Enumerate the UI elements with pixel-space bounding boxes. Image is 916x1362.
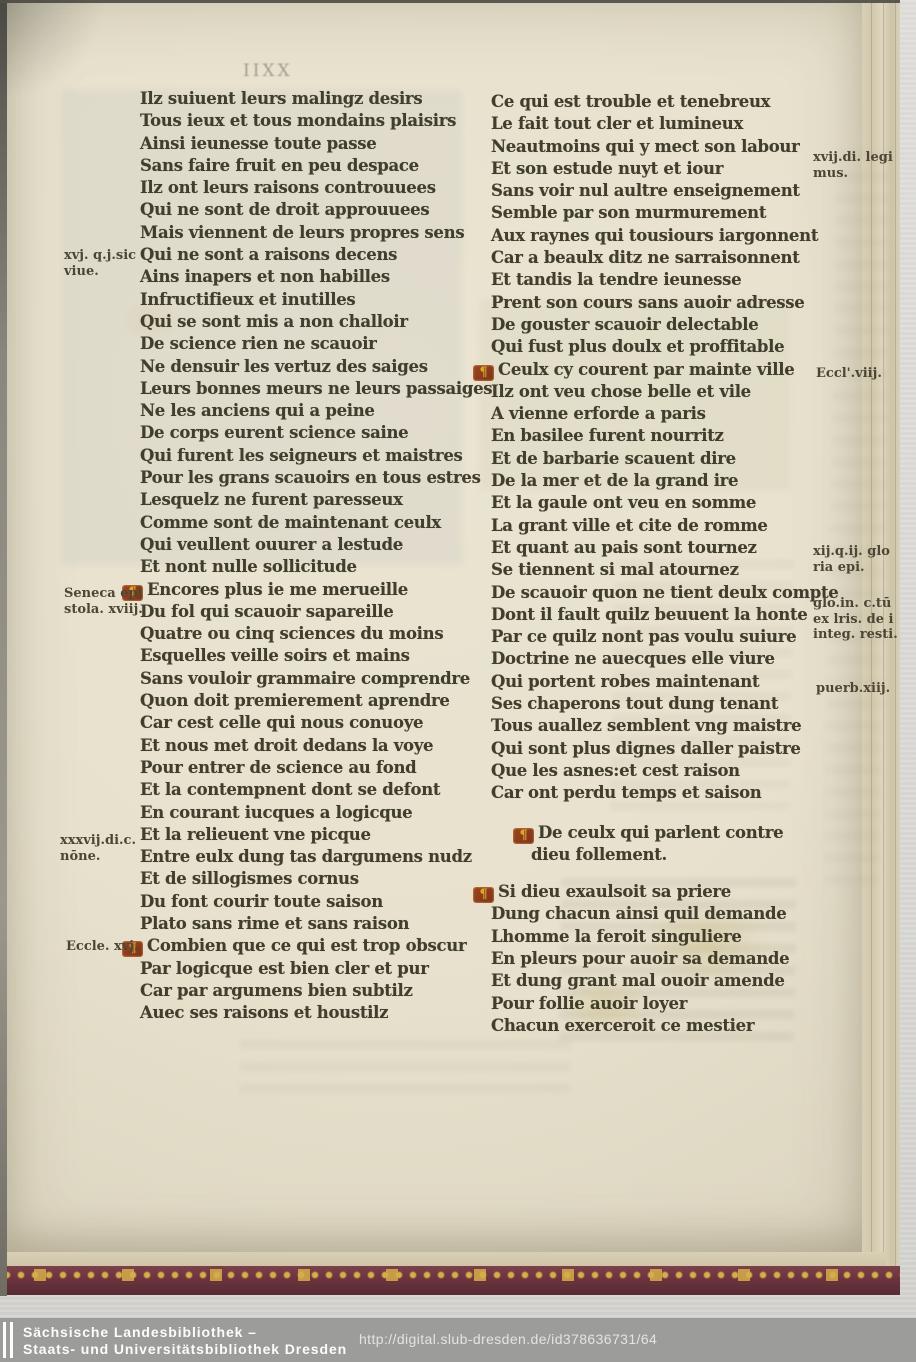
margin-note-line: xij.q.ij. glo — [813, 544, 890, 560]
margin-note-line: xxxvij.di.c. — [60, 833, 136, 849]
verse-line: Et la relieuent vne picque — [140, 824, 480, 846]
verse-text: Doctrine ne auecques elle viure — [491, 649, 775, 668]
paragraph-mark-icon: ¶ — [473, 365, 494, 381]
verse-column-right: Ce qui est trouble et tenebreuxLe fait t… — [491, 91, 831, 1037]
verse-line: Et son estude nuyt et iour — [491, 158, 831, 180]
margin-note-right: glo.in. c.tūex lris. de iinteg. resti. — [813, 596, 898, 643]
library-name-line1: Sächsische Landesbibliothek – — [23, 1324, 347, 1341]
verse-line: Ce qui est trouble et tenebreux — [491, 91, 831, 113]
verse-text: Leurs bonnes meurs ne leurs passaiges — [140, 379, 492, 398]
margin-note-left: Seneca epistola. xviij. — [64, 586, 143, 617]
margin-note-line: nōne. — [60, 849, 136, 865]
verse-text: Ilz ont leurs raisons controuuees — [140, 178, 436, 197]
verse-line: A vienne erforde a paris — [491, 403, 831, 425]
verse-line: Mais viennent de leurs propres sens — [140, 222, 480, 244]
verse-text: Pour follie auoir loyer — [491, 994, 687, 1013]
verse-text: Quatre ou cinq sciences du moins — [140, 624, 443, 643]
verse-text: En basilee furent nourritz — [491, 426, 724, 445]
verse-text: Comme sont de maintenant ceulx — [140, 513, 441, 532]
verse-text: Car par argumens bien subtilz — [140, 981, 413, 1000]
verse-line: De scauoir quon ne tient deulx compte — [491, 582, 831, 604]
verse-text: Neautmoins qui y mect son labour — [491, 137, 800, 156]
verse-line: Neautmoins qui y mect son labour — [491, 136, 831, 158]
verse-line: De la mer et de la grand ire — [491, 470, 831, 492]
margin-note-line: ex lris. de i — [813, 612, 898, 628]
verse-text: Et de barbarie scauent dire — [491, 449, 736, 468]
scan-left-edge — [0, 0, 7, 1296]
verse-line: Pour entrer de science au fond — [140, 757, 480, 779]
verse-text: Plato sans rime et sans raison — [140, 914, 409, 933]
verse-line: Ne les anciens qui a peine — [140, 400, 480, 422]
digitized-book-scan: IIXX Ilz suiuent leurs malingz desirsTou… — [0, 0, 916, 1362]
margin-note-right: puerb.xiij. — [816, 681, 890, 697]
verse-text: Pour entrer de science au fond — [140, 758, 416, 777]
verse-line: Et nous met droit dedans la voye — [140, 735, 480, 757]
verse-line: Lesquelz ne furent paresseux — [140, 489, 480, 511]
verse-line: ¶Encores plus ie me merueille — [140, 579, 480, 601]
verse-text: Qui sont plus dignes daller paistre — [491, 739, 801, 758]
verse-line: Ainsi ieunesse toute passe — [140, 133, 480, 155]
verse-line: Ne densuir les vertuz des saiges — [140, 356, 480, 378]
bleedthrough-text-ghost — [239, 1040, 570, 1098]
page-bottom-edge — [7, 1252, 886, 1266]
verse-line: De gouster scauoir delectable — [491, 314, 831, 336]
margin-note-right: xvij.di. legimus. — [813, 150, 893, 181]
margin-note-line: Eccl'.viij. — [816, 366, 882, 382]
verse-text: Qui veullent ouurer a lestude — [140, 535, 403, 554]
verse-line: Dung chacun ainsi quil demande — [491, 903, 831, 925]
verse-text: Tous ieux et tous mondains plaisirs — [140, 111, 456, 130]
verse-line: Et la contempnent dont se defont — [140, 779, 480, 801]
verse-line: Ilz ont veu chose belle et vile — [491, 381, 831, 403]
verse-line: Ains inapers et non habilles — [140, 266, 480, 288]
paragraph-mark-icon: ¶ — [473, 887, 494, 903]
verse-line: dieu follement. — [531, 844, 831, 866]
verse-line: Par logicque est bien cler et pur — [140, 958, 480, 980]
verse-line: En basilee furent nourritz — [491, 425, 831, 447]
verse-line: Comme sont de maintenant ceulx — [140, 512, 480, 534]
verse-text: Sans vouloir grammaire comprendre — [140, 669, 470, 688]
verse-line: Se tiennent si mal atournez — [491, 559, 831, 581]
margin-note-line: puerb.xiij. — [816, 681, 890, 697]
verse-line: Et quant au pais sont tournez — [491, 537, 831, 559]
margin-note-right: Eccl'.viij. — [816, 366, 882, 382]
verse-text: Dung chacun ainsi quil demande — [491, 904, 786, 923]
verse-text: Et la gaule ont veu en somme — [491, 493, 756, 512]
verse-text: Et de sillogismes cornus — [140, 869, 359, 888]
verse-text: Ceulx cy courent par mainte ville — [498, 360, 794, 379]
verse-line: Prent son cours sans auoir adresse — [491, 292, 831, 314]
verse-text: Et la relieuent vne picque — [140, 825, 371, 844]
margin-note-line: Eccle. xvj. — [66, 939, 139, 955]
verse-line: Qui ne sont a raisons decens — [140, 244, 480, 266]
library-name-line2: Staats- und Universitätsbibliothek Dresd… — [23, 1341, 347, 1358]
verse-line: Semble par son murmurement — [491, 202, 831, 224]
verse-line: Car ont perdu temps et saison — [491, 782, 831, 804]
verse-line: Quon doit premierement aprendre — [140, 690, 480, 712]
verse-text: Qui portent robes maintenant — [491, 672, 759, 691]
verse-text: De gouster scauoir delectable — [491, 315, 758, 334]
verse-text: Dont il fault quilz beuuent la honte — [491, 605, 807, 624]
verse-text: Ains inapers et non habilles — [140, 267, 390, 286]
verse-text: Ce qui est trouble et tenebreux — [491, 92, 770, 111]
verse-text: Car ont perdu temps et saison — [491, 783, 762, 802]
verse-text: Mais viennent de leurs propres sens — [140, 223, 464, 242]
verse-text: Pour les grans scauoirs en tous estres — [140, 468, 481, 487]
verse-text: Esquelles veille soirs et mains — [140, 646, 410, 665]
verse-text: Le fait tout cler et lumineux — [491, 114, 743, 133]
verse-text: Auec ses raisons et houstilz — [140, 1003, 388, 1022]
verse-line: Qui furent les seigneurs et maistres — [140, 445, 480, 467]
verse-line: Qui ne sont de droit approuuees — [140, 199, 480, 221]
verse-text: Aux raynes qui tousiours iargonnent — [491, 226, 818, 245]
verse-line: De corps eurent science saine — [140, 422, 480, 444]
verse-line: Qui veullent ouurer a lestude — [140, 534, 480, 556]
margin-note-line: xvij.di. legi — [813, 150, 893, 166]
verse-text: Qui fust plus doulx et proffitable — [491, 337, 784, 356]
verse-text: Et tandis la tendre ieunesse — [491, 270, 741, 289]
verse-line: Ilz ont leurs raisons controuuees — [140, 177, 480, 199]
verse-line: ¶De ceulx qui parlent contre — [531, 822, 831, 844]
verse-text: A vienne erforde a paris — [491, 404, 706, 423]
margin-note-line: xvj. q.j.sic — [64, 248, 136, 264]
verse-text: Et quant au pais sont tournez — [491, 538, 757, 557]
verse-text: Sans voir nul aultre enseignement — [491, 181, 800, 200]
verse-text: Combien que ce qui est trop obscur — [147, 936, 466, 955]
verse-line: Sans voir nul aultre enseignement — [491, 180, 831, 202]
margin-note-line: Seneca epi — [64, 586, 143, 602]
verse-text: Et nont nulle sollicitude — [140, 557, 357, 576]
verse-line: Pour les grans scauoirs en tous estres — [140, 467, 480, 489]
verse-line: Et tandis la tendre ieunesse — [491, 269, 831, 291]
margin-note-line: viue. — [64, 264, 136, 280]
verse-line: Plato sans rime et sans raison — [140, 913, 480, 935]
verse-text: Par ce quilz nont pas voulu suiure — [491, 627, 796, 646]
verse-text: Semble par son murmurement — [491, 203, 766, 222]
verse-text: Et son estude nuyt et iour — [491, 159, 723, 178]
verse-text: De science rien ne scauoir — [140, 334, 377, 353]
verse-line: Qui se sont mis a non challoir — [140, 311, 480, 333]
verse-line: Tous auallez semblent vng maistre — [491, 715, 831, 737]
margin-note-left: xvj. q.j.sicviue. — [64, 248, 136, 279]
verse-text: De ceulx qui parlent contre — [538, 823, 783, 842]
verse-text: Qui furent les seigneurs et maistres — [140, 446, 463, 465]
verse-text: Et dung grant mal ouoir amende — [491, 971, 785, 990]
verse-text: Et nous met droit dedans la voye — [140, 736, 433, 755]
verse-line: Entre eulx dung tas dargumens nudz — [140, 846, 480, 868]
verse-line: Esquelles veille soirs et mains — [140, 645, 480, 667]
verse-line: Quatre ou cinq sciences du moins — [140, 623, 480, 645]
verse-line: Tous ieux et tous mondains plaisirs — [140, 110, 480, 132]
verse-text: Si dieu exaulsoit sa priere — [498, 882, 731, 901]
verse-text: Infructifieux et inutilles — [140, 290, 355, 309]
verse-text: Qui ne sont de droit approuuees — [140, 200, 429, 219]
verse-line: Ses chaperons tout dung tenant — [491, 693, 831, 715]
verse-column-left: Ilz suiuent leurs malingz desirsTous ieu… — [140, 88, 480, 1024]
verse-text: Quon doit premierement aprendre — [140, 691, 450, 710]
verse-text: Et la contempnent dont se defont — [140, 780, 440, 799]
verse-text: Ilz suiuent leurs malingz desirs — [140, 89, 422, 108]
verse-line: Sans vouloir grammaire comprendre — [140, 668, 480, 690]
verse-text: Car cest celle qui nous conuoye — [140, 713, 423, 732]
verse-text: En pleurs pour auoir sa demande — [491, 949, 789, 968]
margin-note-line: integ. resti. — [813, 627, 898, 643]
verse-line: Pour follie auoir loyer — [491, 993, 831, 1015]
verse-text: Car a beaulx ditz ne sarraisonnent — [491, 248, 800, 267]
verse-line: Dont il fault quilz beuuent la honte — [491, 604, 831, 626]
verse-text: De la mer et de la grand ire — [491, 471, 738, 490]
verse-line: Leurs bonnes meurs ne leurs passaiges — [140, 378, 480, 400]
verse-text: Prent son cours sans auoir adresse — [491, 293, 804, 312]
verse-text: Ne densuir les vertuz des saiges — [140, 357, 428, 376]
verse-text: Encores plus ie me merueille — [147, 580, 408, 599]
verse-line: Qui sont plus dignes daller paistre — [491, 738, 831, 760]
verse-text: Ainsi ieunesse toute passe — [140, 134, 376, 153]
verse-line: Auec ses raisons et houstilz — [140, 1002, 480, 1024]
verse-line: ¶Combien que ce qui est trop obscur — [140, 935, 480, 957]
verse-text: Entre eulx dung tas dargumens nudz — [140, 847, 472, 866]
verse-text: Chacun exerceroit ce mestier — [491, 1016, 754, 1035]
verse-text: Par logicque est bien cler et pur — [140, 959, 429, 978]
verse-line: En pleurs pour auoir sa demande — [491, 948, 831, 970]
margin-note-line: mus. — [813, 166, 893, 182]
verse-text: En courant iucques a logicque — [140, 803, 412, 822]
verse-line: Du fol qui scauoir sapareille — [140, 601, 480, 623]
verse-line: De science rien ne scauoir — [140, 333, 480, 355]
verse-line: Doctrine ne auecques elle viure — [491, 648, 831, 670]
verse-text: Qui se sont mis a non challoir — [140, 312, 408, 331]
verse-text: Ne les anciens qui a peine — [140, 401, 375, 420]
verse-text: Du fol qui scauoir sapareille — [140, 602, 393, 621]
verse-text: Se tiennent si mal atournez — [491, 560, 739, 579]
verse-line: Ilz suiuent leurs malingz desirs — [140, 88, 480, 110]
verse-text: Lhomme la feroit singuliere — [491, 927, 742, 946]
verse-line: La grant ville et cite de romme — [491, 515, 831, 537]
verse-line: ¶Ceulx cy courent par mainte ville — [491, 359, 831, 381]
verse-text: Tous auallez semblent vng maistre — [491, 716, 801, 735]
margin-note-right: xij.q.ij. gloria epi. — [813, 544, 890, 575]
verse-text: Sans faire fruit en peu despace — [140, 156, 419, 175]
margin-note-line: stola. xviij. — [64, 602, 143, 618]
gilded-binding-edge — [0, 1266, 900, 1295]
verse-line: ¶Si dieu exaulsoit sa priere — [491, 881, 831, 903]
verse-line: Que les asnes:et cest raison — [491, 760, 831, 782]
paragraph-mark-icon: ¶ — [513, 828, 534, 844]
margin-note-line: ria epi. — [813, 560, 890, 576]
verse-line: Du font courir toute saison — [140, 891, 480, 913]
verse-text: Qui ne sont a raisons decens — [140, 245, 397, 264]
verse-line: Par ce quilz nont pas voulu suiure — [491, 626, 831, 648]
verse-line: Et la gaule ont veu en somme — [491, 492, 831, 514]
slub-logo-icon — [2, 1322, 16, 1358]
verse-text: Que les asnes:et cest raison — [491, 761, 740, 780]
library-footer-bar: Sächsische Landesbibliothek – Staats- un… — [0, 1318, 916, 1362]
verse-block-a: Ce qui est trouble et tenebreuxLe fait t… — [491, 91, 831, 805]
verse-text: Lesquelz ne furent paresseux — [140, 490, 403, 509]
verse-line: Chacun exerceroit ce mestier — [491, 1015, 831, 1037]
library-name: Sächsische Landesbibliothek – Staats- un… — [23, 1324, 347, 1358]
verse-line: Le fait tout cler et lumineux — [491, 113, 831, 135]
margin-note-left: xxxvij.di.c.nōne. — [60, 833, 136, 864]
verse-line: Qui fust plus doulx et proffitable — [491, 336, 831, 358]
verse-line: Car par argumens bien subtilz — [140, 980, 480, 1002]
verse-line: Et de sillogismes cornus — [140, 868, 480, 890]
verse-line: Et dung grant mal ouoir amende — [491, 970, 831, 992]
margin-note-line: glo.in. c.tū — [813, 596, 898, 612]
verse-text: La grant ville et cite de romme — [491, 516, 768, 535]
digitization-url: http://digital.slub-dresden.de/id3786367… — [359, 1331, 657, 1347]
verse-line: Car a beaulx ditz ne sarraisonnent — [491, 247, 831, 269]
verse-line: Sans faire fruit en peu despace — [140, 155, 480, 177]
verse-text: Du font courir toute saison — [140, 892, 383, 911]
verse-line: Et nont nulle sollicitude — [140, 556, 480, 578]
verse-line: Car cest celle qui nous conuoye — [140, 712, 480, 734]
verse-text: dieu follement. — [531, 845, 667, 864]
folio-number-showthrough: IIXX — [243, 61, 293, 81]
margin-note-left: Eccle. xvj. — [66, 939, 139, 955]
verse-line: En courant iucques a logicque — [140, 802, 480, 824]
verse-text: De corps eurent science saine — [140, 423, 408, 442]
verse-text: Ses chaperons tout dung tenant — [491, 694, 778, 713]
verse-line: Qui portent robes maintenant — [491, 671, 831, 693]
verse-line: Aux raynes qui tousiours iargonnent — [491, 225, 831, 247]
verse-line: Lhomme la feroit singuliere — [491, 926, 831, 948]
verse-line: Et de barbarie scauent dire — [491, 448, 831, 470]
verse-text: Ilz ont veu chose belle et vile — [491, 382, 751, 401]
verse-text: De scauoir quon ne tient deulx compte — [491, 583, 839, 602]
verse-line: Infructifieux et inutilles — [140, 289, 480, 311]
verse-block-b: ¶Si dieu exaulsoit sa priereDung chacun … — [491, 881, 831, 1037]
section-heading: ¶De ceulx qui parlent contredieu folleme… — [531, 822, 831, 867]
